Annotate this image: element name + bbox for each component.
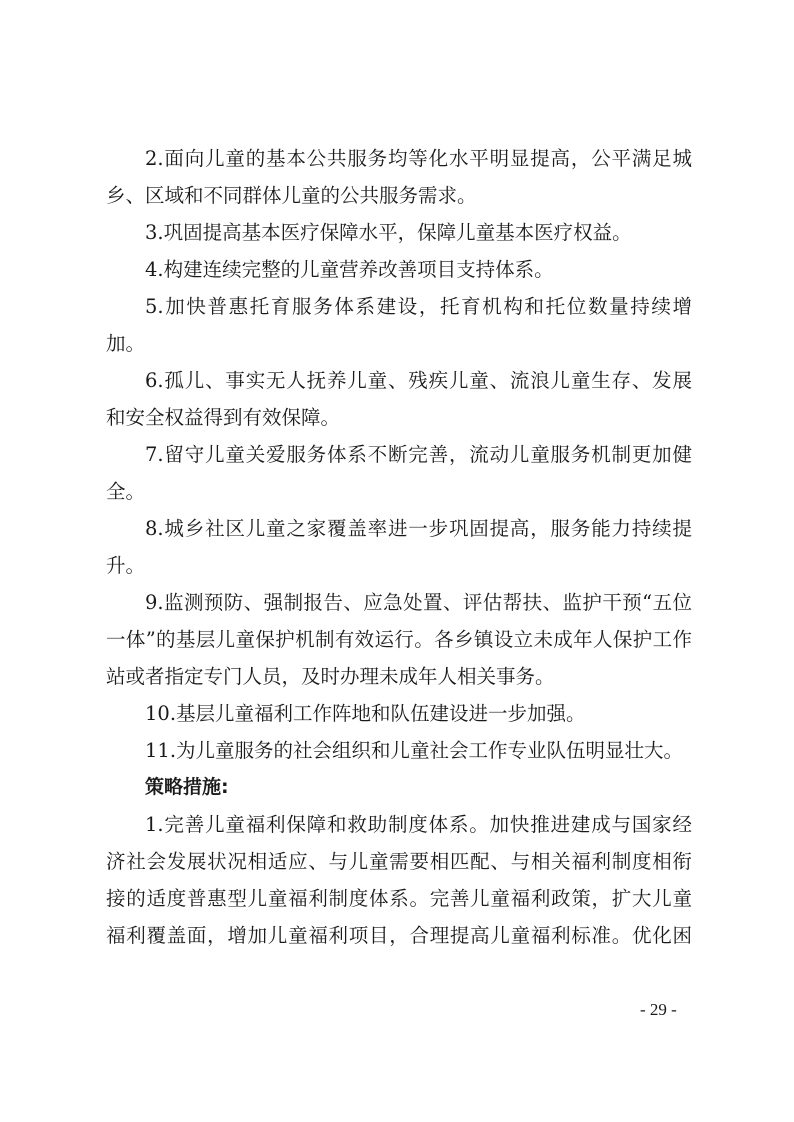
text-line: 9.监测预防、强制报告、应急处置、评估帮扶、监护干预“五位 [106,584,692,621]
text-line: 6.孤儿、事实无人抚养儿童、残疾儿童、流浪儿童生存、发展 [106,362,692,399]
text-line: 7.留守儿童关爱服务体系不断完善，流动儿童服务机制更加健 [106,436,692,473]
text-line: 接的适度普惠型儿童福利制度体系。完善儿童福利政策，扩大儿童 [106,880,692,917]
paragraph-goal-5: 5.加快普惠托育服务体系建设，托育机构和托位数量持续增 加。 [106,288,692,362]
paragraph-goal-9: 9.监测预防、强制报告、应急处置、评估帮扶、监护干预“五位 一体”的基层儿童保护… [106,584,692,695]
text-line: 福利覆盖面，增加儿童福利项目，合理提高儿童福利标准。优化困 [106,917,692,954]
text-line: 8.城乡社区儿童之家覆盖率进一步巩固提高，服务能力持续提 [106,510,692,547]
paragraph-goal-8: 8.城乡社区儿童之家覆盖率进一步巩固提高，服务能力持续提 升。 [106,510,692,584]
paragraph-goal-4: 4.构建连续完整的儿童营养改善项目支持体系。 [106,251,692,288]
paragraph-goal-10: 10.基层儿童福利工作阵地和队伍建设进一步加强。 [106,695,692,732]
text-line: 3.巩固提高基本医疗保障水平，保障儿童基本医疗权益。 [106,214,692,251]
text-line: 升。 [106,547,692,584]
paragraph-goal-7: 7.留守儿童关爱服务体系不断完善，流动儿童服务机制更加健 全。 [106,436,692,510]
text-line: 乡、区域和不同群体儿童的公共服务需求。 [106,177,692,214]
page-number: - 29 - [640,1000,677,1020]
text-line: 加。 [106,325,692,362]
text-line: 1.完善儿童福利保障和救助制度体系。加快推进建成与国家经 [106,806,692,843]
text-line: 站或者指定专门人员，及时办理未成年人相关事务。 [106,658,692,695]
text-line: 和安全权益得到有效保障。 [106,399,692,436]
document-body: 2.面向儿童的基本公共服务均等化水平明显提高，公平满足城 乡、区域和不同群体儿童… [106,140,692,954]
text-line: 2.面向儿童的基本公共服务均等化水平明显提高，公平满足城 [106,140,692,177]
text-line: 4.构建连续完整的儿童营养改善项目支持体系。 [106,251,692,288]
paragraph-goal-3: 3.巩固提高基本医疗保障水平，保障儿童基本医疗权益。 [106,214,692,251]
text-line: 11.为儿童服务的社会组织和儿童社会工作专业队伍明显壮大。 [106,732,692,769]
text-line: 10.基层儿童福利工作阵地和队伍建设进一步加强。 [106,695,692,732]
text-line: 济社会发展状况相适应、与儿童需要相匹配、与相关福利制度相衔 [106,843,692,880]
paragraph-goal-11: 11.为儿童服务的社会组织和儿童社会工作专业队伍明显壮大。 [106,732,692,769]
text-line: 一体”的基层儿童保护机制有效运行。各乡镇设立未成年人保护工作 [106,621,692,658]
section-heading: 策略措施: [106,769,692,806]
paragraph-goal-2: 2.面向儿童的基本公共服务均等化水平明显提高，公平满足城 乡、区域和不同群体儿童… [106,140,692,214]
paragraph-goal-6: 6.孤儿、事实无人抚养儿童、残疾儿童、流浪儿童生存、发展 和安全权益得到有效保障… [106,362,692,436]
text-line: 5.加快普惠托育服务体系建设，托育机构和托位数量持续增 [106,288,692,325]
document-page: 2.面向儿童的基本公共服务均等化水平明显提高，公平满足城 乡、区域和不同群体儿童… [0,0,794,1122]
text-line: 全。 [106,473,692,510]
paragraph-measure-1: 1.完善儿童福利保障和救助制度体系。加快推进建成与国家经 济社会发展状况相适应、… [106,806,692,954]
